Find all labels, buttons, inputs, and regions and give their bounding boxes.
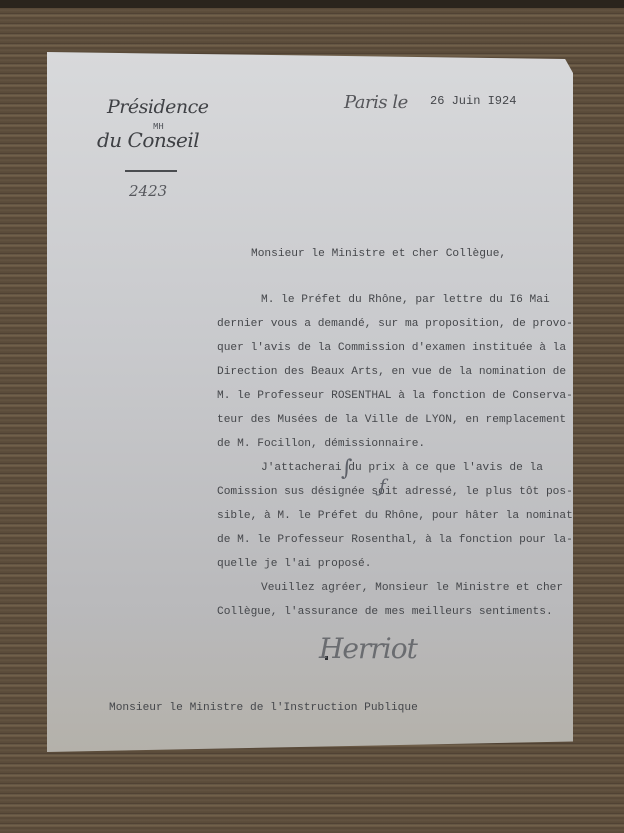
paragraph-1-line: quer l'avis de la Commission d'examen in…: [217, 342, 566, 354]
paragraph-2-line: J'attacherai du prix à ce que l'avis de …: [261, 462, 543, 474]
letterhead: Présidence MH du Conseil 2423: [97, 92, 227, 202]
handwritten-signature: Herriot: [319, 632, 417, 665]
salutation: Monsieur le Ministre et cher Collègue,: [251, 248, 506, 260]
letter-document: Présidence MH du Conseil 2423 Paris le 2…: [47, 52, 573, 752]
paragraph-2-line: sible, à M. le Préfet du Rhône, pour hât…: [217, 510, 593, 522]
paragraph-2-line: Comission sus désignée soit adressé, le …: [217, 486, 573, 498]
paragraph-1-line: M. le Professeur ROSENTHAL à la fonction…: [217, 390, 573, 402]
paragraph-1-line: de M. Focillon, démissionnaire.: [217, 438, 425, 450]
letterhead-rule: [125, 170, 177, 172]
letterhead-line-presidence: Présidence: [107, 96, 208, 118]
recipient-line: Monsieur le Ministre de l'Instruction Pu…: [109, 702, 418, 714]
letter-date: 26 Juin I924: [430, 94, 516, 108]
letterhead-line-conseil: du Conseil: [97, 128, 199, 152]
paragraph-2-line: quelle je l'ai proposé.: [217, 558, 371, 570]
paragraph-1-line: M. le Préfet du Rhône, par lettre du I6 …: [261, 294, 550, 306]
paragraph-2-line: de M. le Professeur Rosenthal, à la fonc…: [217, 534, 573, 546]
table-edge-shadow: [0, 0, 624, 8]
closing-line: Collègue, l'assurance de mes meilleurs s…: [217, 606, 553, 618]
place-date: Paris le 26 Juin I924: [344, 92, 564, 113]
reference-number: 2423: [129, 182, 167, 200]
handwritten-insertion-mark: ∫: [341, 456, 352, 481]
handwritten-correction-soit: ƒ: [379, 476, 386, 497]
paragraph-1-line: teur des Musées de la Ville de LYON, en …: [217, 414, 566, 426]
paragraph-1-line: dernier vous a demandé, sur ma propositi…: [217, 318, 573, 330]
paragraph-1-line: Direction des Beaux Arts, en vue de la n…: [217, 366, 566, 378]
closing-line: Veuillez agréer, Monsieur le Ministre et…: [261, 582, 563, 594]
place-label: Paris le: [344, 92, 408, 113]
